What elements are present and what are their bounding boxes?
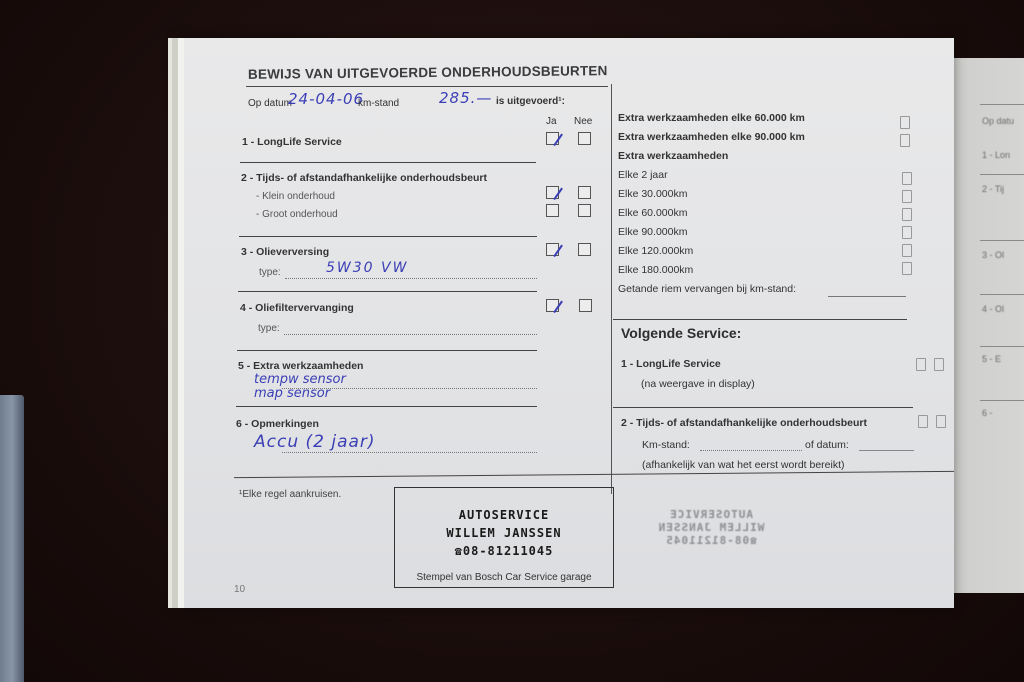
next-km-label: Km-stand: — [642, 439, 690, 451]
checkbox-olie-nee[interactable] — [578, 243, 591, 256]
item-longlife-service: 1 - LongLife Service — [242, 136, 342, 148]
interval-180000: Elke 180.000km — [618, 264, 693, 276]
mirror-line-1: AUTOSERVICE — [646, 508, 776, 521]
interval-120000: Elke 120.000km — [618, 245, 693, 257]
ghost-text: 5 - E — [982, 354, 1001, 364]
bottom-divider — [234, 471, 954, 478]
stamp-caption: Stempel van Bosch Car Service garage — [395, 572, 613, 583]
title-divider — [246, 86, 608, 87]
next-service-title: Volgende Service: — [621, 325, 741, 341]
subitem-groot-onderhoud: - Groot onderhoud — [256, 209, 338, 220]
interval-90000: Elke 90.000km — [618, 226, 687, 238]
divider — [613, 407, 913, 408]
item-extra-werkzaamheden: 5 - Extra werkzaamheden — [238, 360, 363, 372]
extra-work-line-2[interactable]: map sensor — [254, 386, 330, 401]
column-divider — [611, 84, 612, 494]
oil-type-label: type: — [259, 267, 281, 278]
interval-60000: Elke 60.000km — [618, 207, 687, 219]
checkbox-next-interval-nee[interactable] — [936, 415, 946, 428]
checkbox-klein-ja[interactable] — [546, 186, 559, 199]
interval-2-jaar: Elke 2 jaar — [618, 169, 668, 181]
garage-stamp-box: AUTOSERVICE WILLEM JANSSEN ☎08-81211045 … — [394, 487, 614, 588]
divider — [238, 291, 537, 292]
checkbox-next-longlife-nee[interactable] — [934, 358, 944, 371]
checkbox-180000-ja[interactable] — [902, 262, 912, 275]
filter-type-line — [284, 334, 537, 335]
checkbox-60000-ja[interactable] — [902, 208, 912, 221]
divider — [237, 350, 537, 351]
next-service-note: (afhankelijk van wat het eerst wordt ber… — [642, 459, 845, 471]
timing-belt-line — [828, 296, 906, 297]
interval-30000: Elke 30.000km — [618, 188, 687, 200]
checkbox-longlife-ja[interactable] — [546, 132, 559, 145]
stamp-line-2: WILLEM JANSSEN — [395, 526, 613, 540]
item-oliefilter: 4 - Oliefiltervervanging — [240, 302, 354, 314]
item-interval-service: 2 - Tijds- of afstandafhankelijke onderh… — [241, 172, 487, 184]
divider — [613, 319, 907, 320]
mirror-line-3: ☎08-81211045 — [646, 534, 776, 547]
ghost-rule — [980, 400, 1024, 401]
checkbox-groot-nee[interactable] — [578, 204, 591, 217]
next-longlife: 1 - LongLife Service — [621, 358, 721, 370]
checkbox-30000-ja[interactable] — [902, 190, 912, 203]
column-ja: Ja — [546, 116, 557, 127]
ghost-text: 2 - Tij — [982, 184, 1004, 194]
ghost-rule — [980, 104, 1024, 105]
ghost-text: 6 - — [982, 408, 993, 418]
background-object — [0, 395, 24, 682]
performed-label: is uitgevoerd¹: — [496, 96, 565, 107]
extra-work-line-1[interactable]: tempw sensor — [254, 372, 346, 387]
ghost-rule — [980, 346, 1024, 347]
timing-belt-label: Getande riem vervangen bij km-stand: — [618, 283, 796, 295]
extra-60000: Extra werkzaamheden elke 60.000 km — [618, 112, 805, 124]
ghost-rule — [980, 174, 1024, 175]
item-opmerkingen: 6 - Opmerkingen — [236, 418, 319, 430]
ghost-text: Op datu — [982, 116, 1014, 126]
extra-generic: Extra werkzaamheden — [618, 150, 728, 162]
next-interval-service: 2 - Tijds- of afstandafhankelijke onderh… — [621, 417, 867, 429]
remarks-value[interactable]: Accu (2 jaar) — [254, 432, 376, 452]
km-value[interactable]: 285.— — [439, 89, 492, 107]
next-km-field[interactable] — [700, 450, 802, 451]
ghost-rule — [980, 294, 1024, 295]
next-longlife-note: (na weergave in display) — [641, 378, 755, 390]
divider — [240, 162, 536, 163]
stamp-line-1: AUTOSERVICE — [395, 508, 613, 522]
column-nee: Nee — [574, 116, 592, 127]
extra-90000: Extra werkzaamheden elke 90.000 km — [618, 131, 805, 143]
date-value[interactable]: 24-04-06 — [288, 90, 364, 108]
oil-type-line — [285, 278, 537, 279]
checkbox-90000-ja[interactable] — [902, 226, 912, 239]
checkbox-longlife-nee[interactable] — [578, 132, 591, 145]
mirror-line-2: WILLEM JANSSEN — [646, 521, 776, 534]
oil-type-value[interactable]: 5W30 VW — [326, 260, 408, 276]
km-label: km-stand — [358, 98, 399, 109]
checkbox-2jaar-ja[interactable] — [902, 172, 912, 185]
checkbox-extra-90000-ja[interactable] — [900, 134, 910, 147]
stamp-line-3: ☎08-81211045 — [395, 544, 613, 558]
next-date-label: of datum: — [805, 439, 849, 451]
next-date-field[interactable] — [859, 450, 914, 451]
divider — [236, 406, 537, 407]
filter-type-label: type: — [258, 323, 280, 334]
checkbox-120000-ja[interactable] — [902, 244, 912, 257]
checkbox-filter-nee[interactable] — [579, 299, 592, 312]
ghost-text: 1 - Lon — [982, 150, 1010, 160]
checkbox-klein-nee[interactable] — [578, 186, 591, 199]
divider — [239, 236, 537, 237]
checkbox-next-longlife-ja[interactable] — [916, 358, 926, 371]
ghost-text: 3 - Ol — [982, 250, 1004, 260]
item-olieverversing: 3 - Olieverversing — [241, 246, 329, 258]
service-record-page: BEWIJS VAN UITGEVOERDE ONDERHOUDSBEURTEN… — [178, 38, 954, 608]
checkbox-olie-ja[interactable] — [546, 243, 559, 256]
checkbox-groot-ja[interactable] — [546, 204, 559, 217]
page-title: BEWIJS VAN UITGEVOERDE ONDERHOUDSBEURTEN — [248, 63, 608, 82]
checkbox-next-interval-ja[interactable] — [918, 415, 928, 428]
footnote: ¹Elke regel aankruisen. — [239, 489, 341, 500]
page-number: 10 — [234, 584, 245, 595]
date-label: Op datum — [248, 98, 292, 109]
ghost-rule — [980, 240, 1024, 241]
subitem-klein-onderhoud: - Klein onderhoud — [256, 191, 335, 202]
remarks-rule — [282, 452, 537, 453]
checkbox-filter-ja[interactable] — [546, 299, 559, 312]
checkbox-extra-60000-ja[interactable] — [900, 116, 910, 129]
mirrored-stamp-imprint: AUTOSERVICE WILLEM JANSSEN ☎08-81211045 — [646, 508, 776, 547]
ghost-text: 4 - Ol — [982, 304, 1004, 314]
